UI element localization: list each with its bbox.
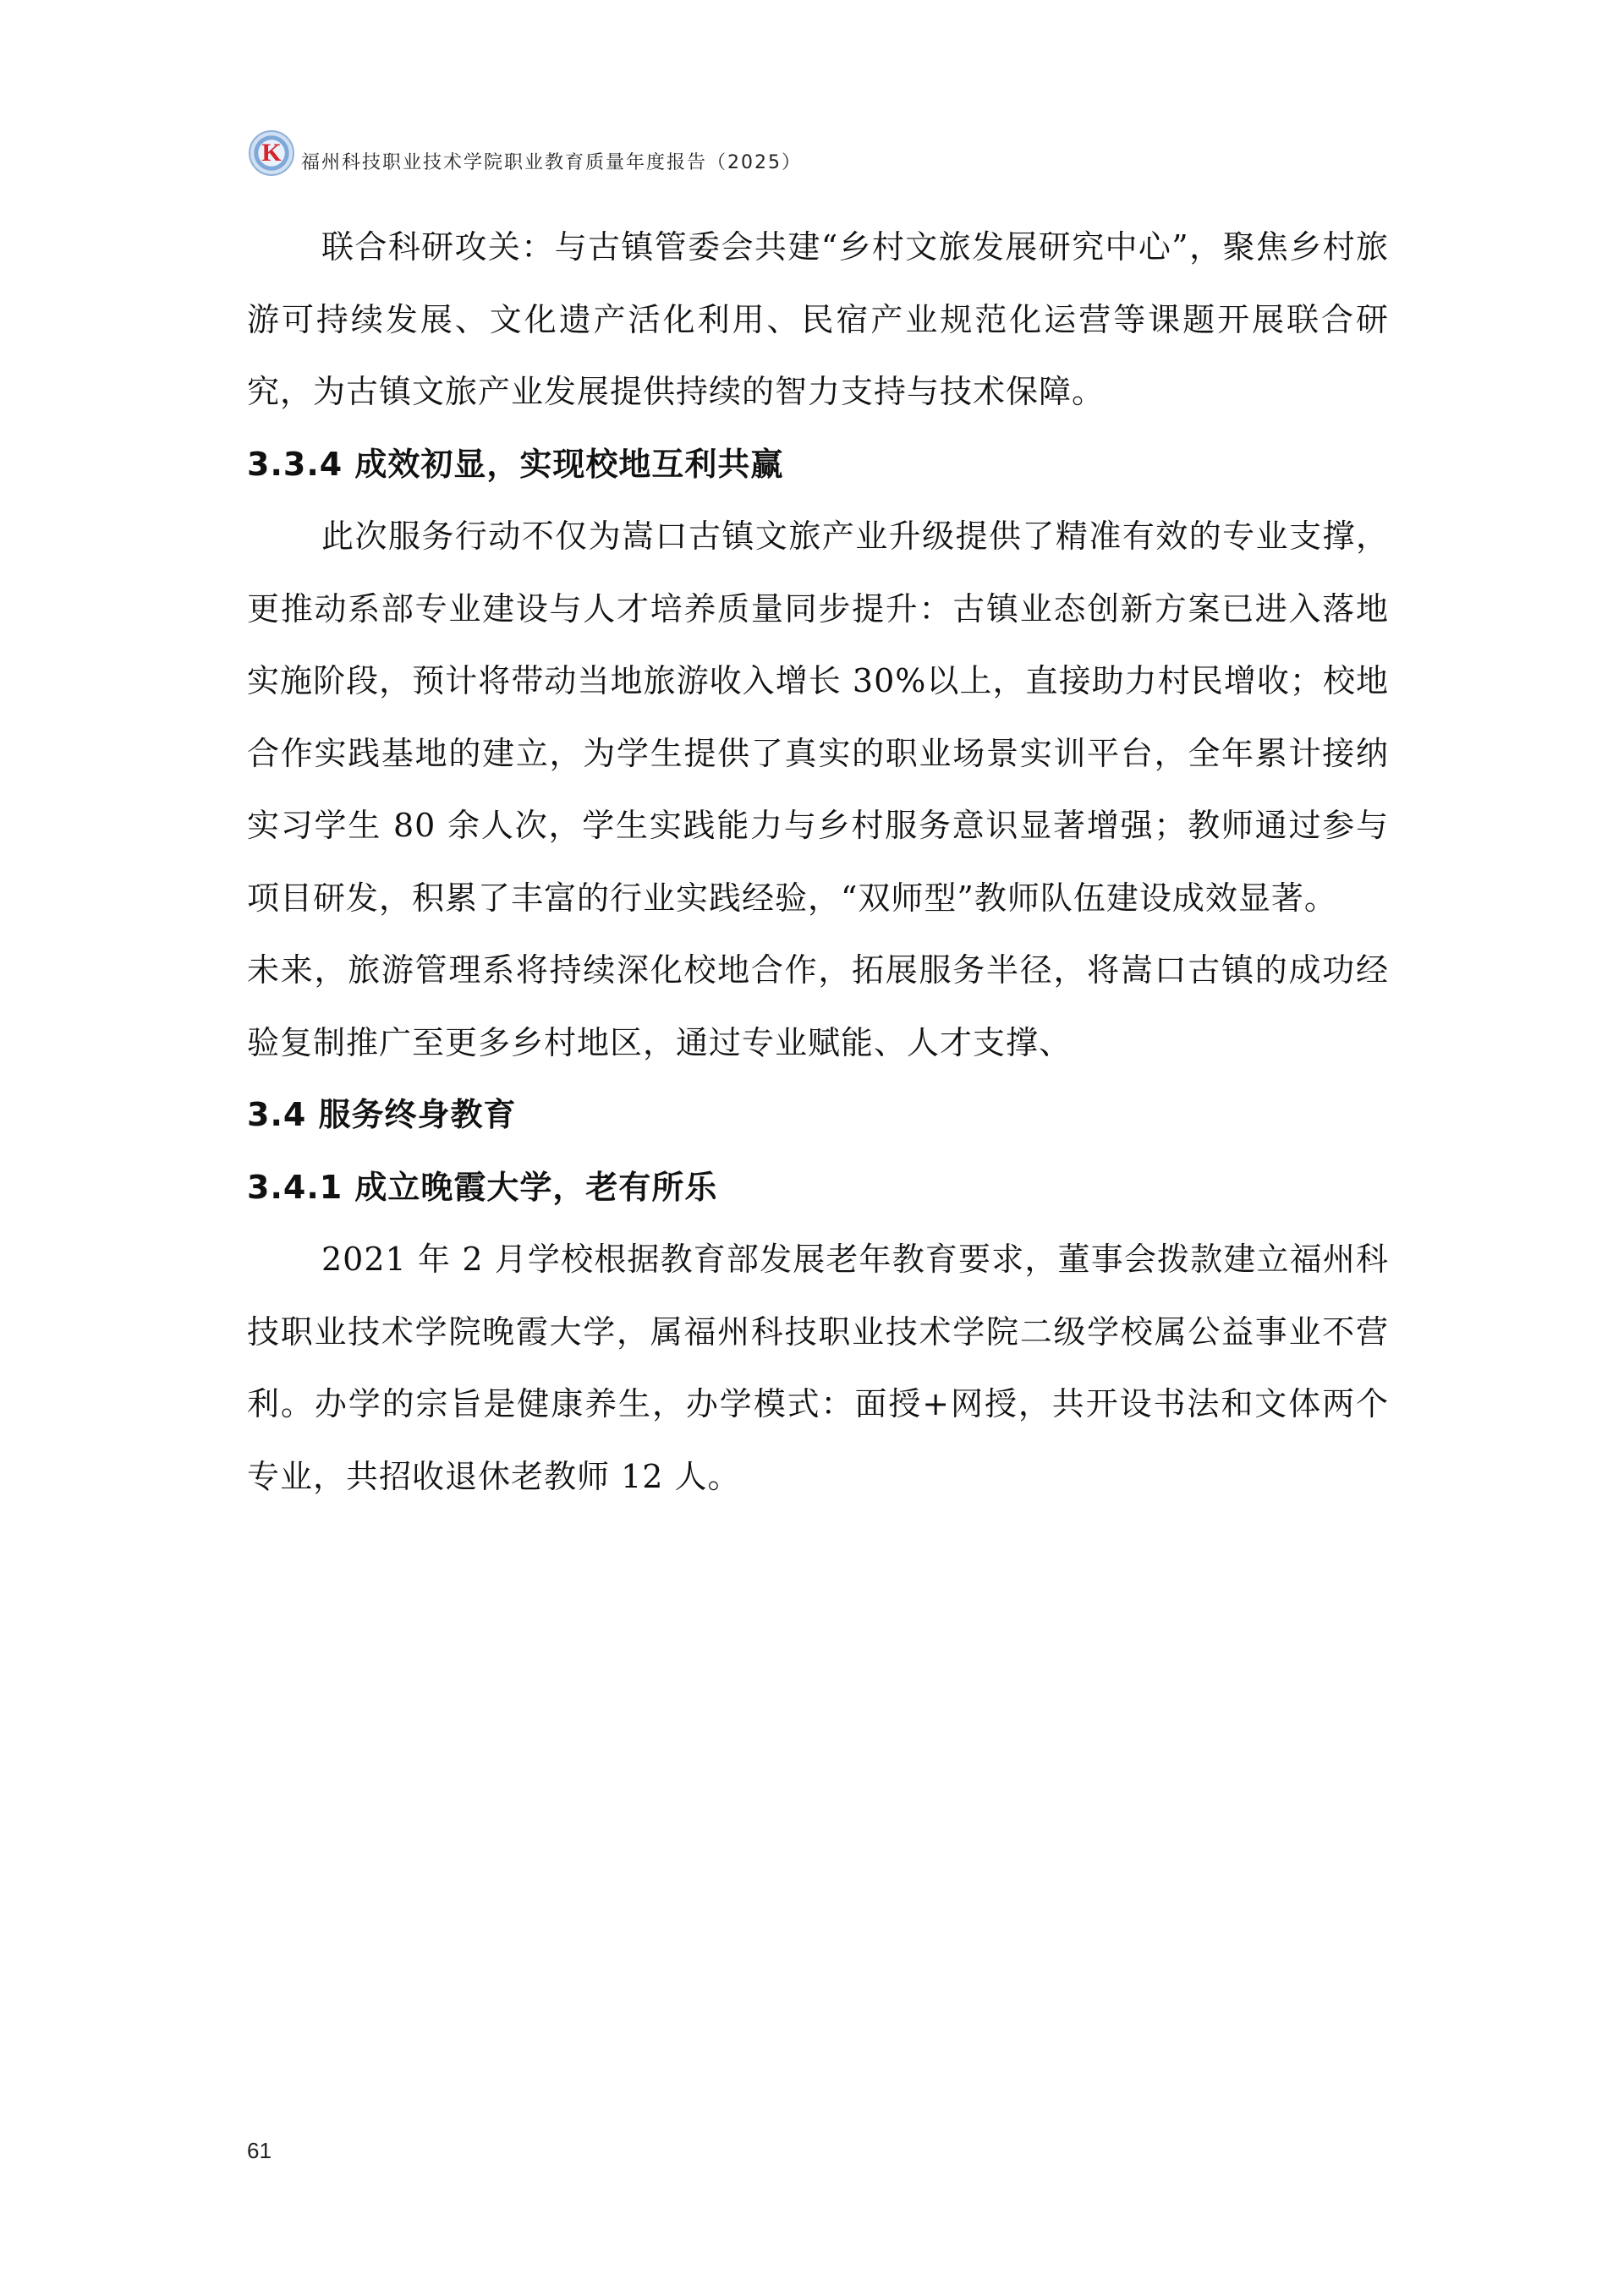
paragraph-sunset-university: 2021 年 2 月学校根据教育部发展老年教育要求，董事会拨款建立福州科技职业技… (247, 1224, 1389, 1513)
paragraph-joint-research: 联合科研攻关：与古镇管委会共建“乡村文旅发展研究中心”，聚焦乡村旅游可持续发展、… (247, 211, 1389, 429)
header-title: 福州科技职业技术学院职业教育质量年度报告（2025） (301, 148, 802, 176)
page-header: K 福州科技职业技术学院职业教育质量年度报告（2025） (249, 117, 802, 176)
logo-letter: K (250, 140, 293, 166)
school-logo-icon: K (249, 130, 294, 176)
page-number: 61 (247, 2138, 272, 2164)
heading-3-3-4: 3.3.4 成效初显，实现校地互利共赢 (247, 429, 1389, 501)
document-body: 联合科研攻关：与古镇管委会共建“乡村文旅发展研究中心”，聚焦乡村旅游可持续发展、… (247, 211, 1389, 1513)
heading-3-4-1: 3.4.1 成立晚霞大学，老有所乐 (247, 1152, 1389, 1225)
paragraph-future: 未来，旅游管理系将持续深化校地合作，拓展服务半径，将嵩口古镇的成功经验复制推广至… (247, 934, 1389, 1079)
heading-3-4: 3.4 服务终身教育 (247, 1079, 1389, 1152)
paragraph-results: 此次服务行动不仅为嵩口古镇文旅产业升级提供了精准有效的专业支撑，更推动系部专业建… (247, 501, 1389, 934)
